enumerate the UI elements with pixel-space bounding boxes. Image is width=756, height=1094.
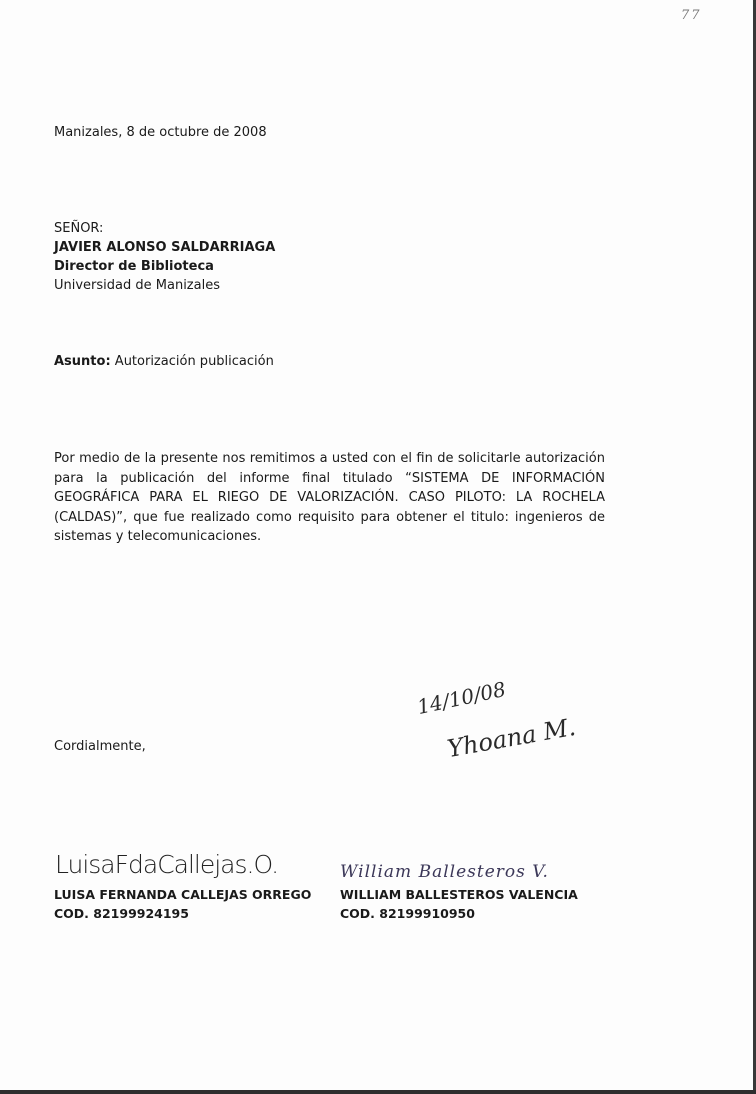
place-date: Manizales, 8 de octubre de 2008: [54, 124, 267, 142]
recipient-salutation: SEÑOR:: [54, 220, 103, 238]
recipient-title: Director de Biblioteca: [54, 258, 214, 276]
signatory-code: COD. 82199924195: [54, 905, 189, 923]
closing: Cordialmente,: [54, 738, 146, 756]
signature-luisa: LuisaFdaCallejas.O.: [55, 850, 278, 879]
scanned-letter-page: 77 Manizales, 8 de octubre de 2008 SEÑOR…: [0, 0, 750, 1090]
signatory-name: WILLIAM BALLESTEROS VALENCIA: [340, 886, 578, 904]
signatory-code: COD. 82199910950: [340, 905, 475, 923]
signature-william: William Ballesteros V.: [340, 862, 549, 882]
recipient-name: JAVIER ALONSO SALDARRIAGA: [54, 239, 275, 257]
handwritten-received-date: 14/10/08: [415, 677, 508, 719]
scan-border-bottom: [0, 1090, 756, 1094]
subject-line: Asunto: Autorización publicación: [54, 353, 274, 371]
handwritten-page-number: 77: [681, 8, 702, 23]
subject-text: Autorización publicación: [115, 354, 274, 369]
signatory-name: LUISA FERNANDA CALLEJAS ORREGO: [54, 886, 311, 904]
handwritten-received-name: Yhoana M.: [445, 713, 578, 763]
subject-label: Asunto:: [54, 354, 111, 369]
recipient-institution: Universidad de Manizales: [54, 277, 220, 295]
letter-body: Por medio de la presente nos remitimos a…: [54, 449, 605, 547]
